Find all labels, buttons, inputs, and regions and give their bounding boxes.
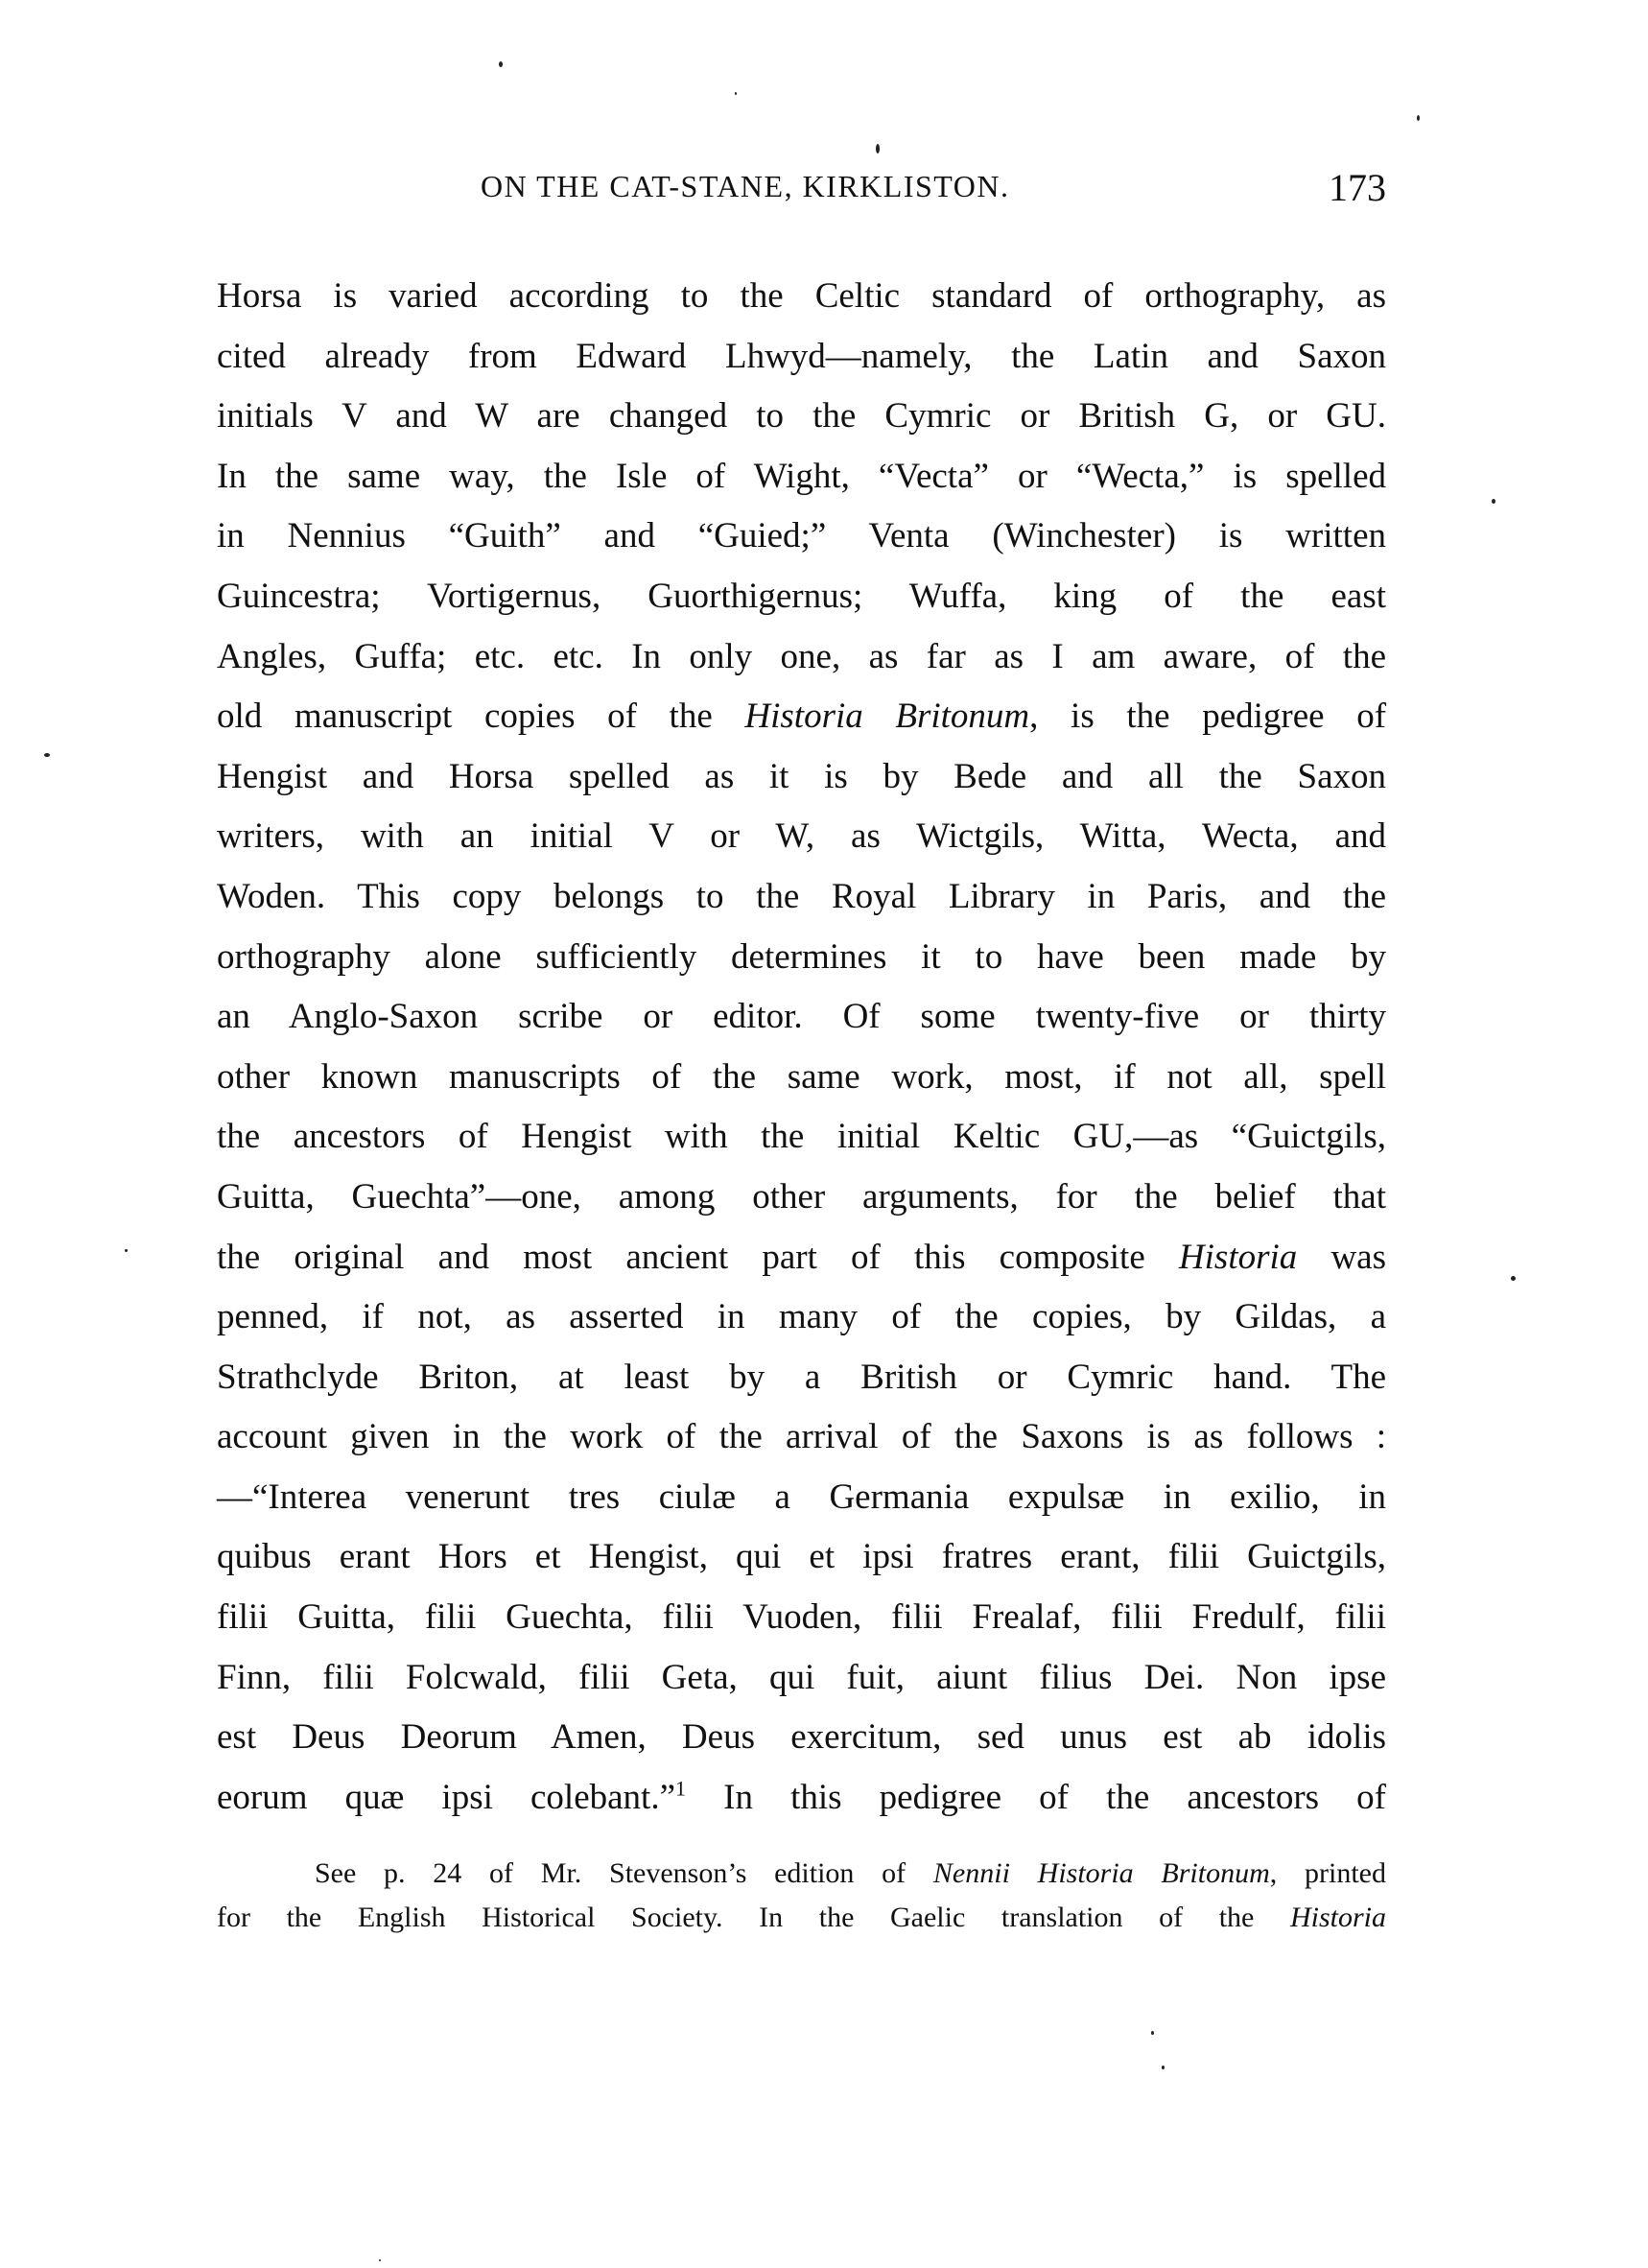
footnote: See p. 24 of Mr. Stevenson’s edition of … xyxy=(217,1852,1386,1940)
body-line: other known manuscripts of the same work… xyxy=(217,1048,1386,1108)
scan-speck xyxy=(1511,1276,1516,1281)
footnote-line: for the English Historical Society. In t… xyxy=(217,1896,1386,1940)
scan-speck xyxy=(876,144,880,154)
scan-speck xyxy=(1417,115,1420,121)
body-line: eorum quæ ipsi colebant.”1 In this pedig… xyxy=(217,1768,1386,1829)
body-line: Hengist and Horsa spelled as it is by Be… xyxy=(217,747,1386,808)
body-line: —“Interea venerunt tres ciulæ a Germania… xyxy=(217,1468,1386,1528)
body-line: est Deus Deorum Amen, Deus exercitum, se… xyxy=(217,1708,1386,1768)
scan-speck xyxy=(44,753,50,757)
scan-speck xyxy=(499,61,503,67)
body-line: writers, with an initial V or W, as Wict… xyxy=(217,807,1386,867)
italic-title: Historia Britonum xyxy=(744,697,1029,736)
body-line: quibus erant Hors et Hengist, qui et ips… xyxy=(217,1527,1386,1588)
body-line: in Nennius “Guith” and “Guied;” Venta (W… xyxy=(217,507,1386,567)
body-line: Strathclyde Briton, at least by a Britis… xyxy=(217,1348,1386,1408)
body-line: the original and most ancient part of th… xyxy=(217,1228,1386,1288)
italic-title: Historia xyxy=(1179,1238,1297,1277)
body-line: old manuscript copies of the Historia Br… xyxy=(217,687,1386,747)
footnote-reference[interactable]: 1 xyxy=(675,1777,686,1801)
body-line: In the same way, the Isle of Wight, “Vec… xyxy=(217,447,1386,508)
body-line: penned, if not, as asserted in many of t… xyxy=(217,1288,1386,1348)
running-head-title: ON THE CAT-STANE, KIRKLISTON. xyxy=(481,169,1009,204)
scan-speck xyxy=(1162,2066,1165,2069)
body-line: orthography alone sufficiently determine… xyxy=(217,928,1386,988)
scan-speck xyxy=(1151,2031,1154,2035)
body-line: Finn, filii Folcwald, filii Geta, qui fu… xyxy=(217,1648,1386,1709)
body-line: the ancestors of Hengist with the initia… xyxy=(217,1107,1386,1168)
body-line: Woden. This copy belongs to the Royal Li… xyxy=(217,867,1386,928)
body-line: Angles, Guffa; etc. etc. In only one, as… xyxy=(217,627,1386,688)
body-line: an Anglo-Saxon scribe or editor. Of some… xyxy=(217,987,1386,1048)
scan-speck xyxy=(1492,499,1495,504)
body-line: initials V and W are changed to the Cymr… xyxy=(217,387,1386,447)
scan-speck xyxy=(379,2259,381,2261)
body-line: filii Guitta, filii Guechta, filii Vuode… xyxy=(217,1588,1386,1648)
book-page: ON THE CAT-STANE, KIRKLISTON. 173 Horsa … xyxy=(0,0,1648,2268)
italic-title: Nennii Historia Britonum xyxy=(933,1857,1270,1889)
scan-speck xyxy=(735,92,737,95)
footnote-line: See p. 24 of Mr. Stevenson’s edition of … xyxy=(217,1852,1386,1896)
running-head: ON THE CAT-STANE, KIRKLISTON. 173 xyxy=(217,169,1386,211)
body-line: cited already from Edward Lhwyd—namely, … xyxy=(217,327,1386,388)
page-number: 173 xyxy=(1329,165,1386,210)
body-line: Horsa is varied according to the Celtic … xyxy=(217,267,1386,327)
body-text: Horsa is varied according to the Celtic … xyxy=(217,267,1386,1828)
body-line: Guitta, Guechta”—one, among other argume… xyxy=(217,1168,1386,1228)
body-line: account given in the work of the arrival… xyxy=(217,1407,1386,1468)
body-line: Guincestra; Vortigernus, Guorthigernus; … xyxy=(217,567,1386,627)
scan-speck xyxy=(125,1249,128,1252)
italic-title: Historia xyxy=(1290,1902,1386,1933)
